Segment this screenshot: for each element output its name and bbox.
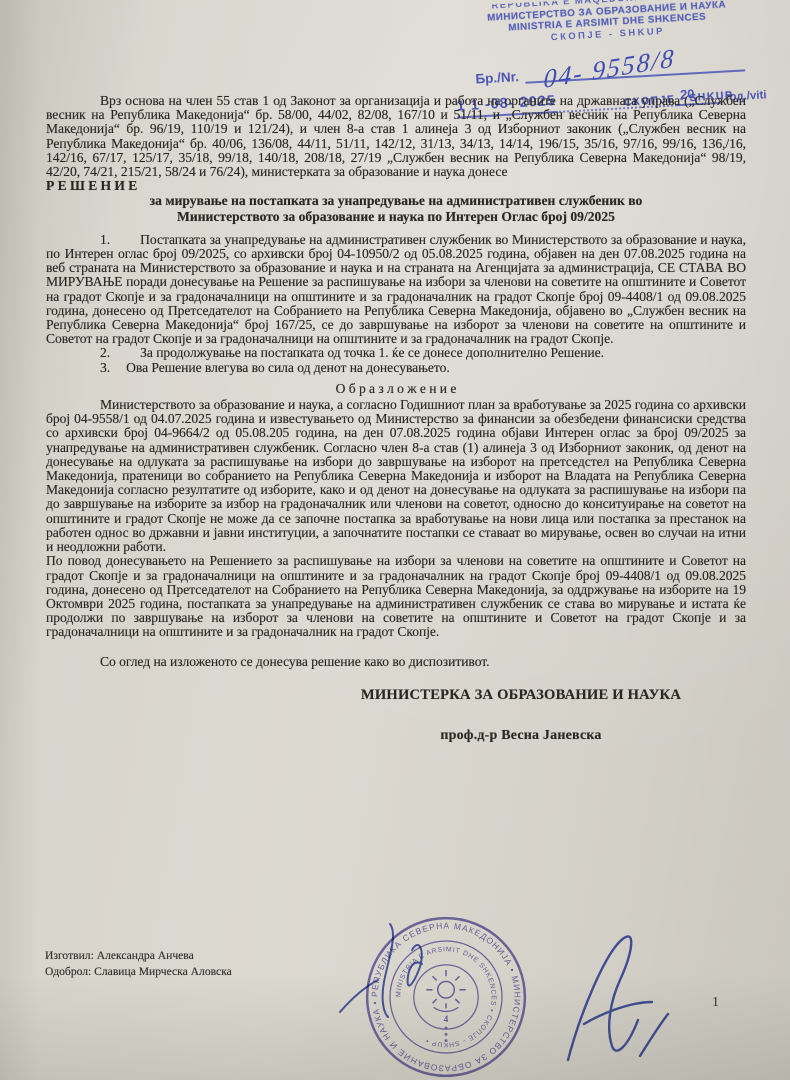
- seal-number: 4: [444, 1015, 449, 1025]
- minister-signature-block: МИНИСТЕРКА ЗА ОБРАЗОВАНИЕ И НАУКА проф.д…: [296, 687, 746, 744]
- document-subtitle-line1: за мирување на постапката за унапредувањ…: [46, 193, 746, 208]
- preamble-paragraph: Врз основа на член 55 став 1 од Законот …: [46, 94, 746, 179]
- document-subtitle-line2: Министерството за образование и наука по…: [46, 209, 746, 224]
- item-2-number: 2.: [100, 345, 110, 360]
- minister-title: МИНИСТЕРКА ЗА ОБРАЗОВАНИЕ И НАУКА: [296, 687, 746, 704]
- prepared-by: Изготвил: Александра Анчева: [45, 948, 232, 964]
- dispositive-items: 1.Постапката за унапредување на админист…: [46, 233, 746, 375]
- footer-prepared-approved: Изготвил: Александра Анчева Одоброл: Сла…: [45, 948, 232, 979]
- dispositive-item-1: 1.Постапката за унапредување на админист…: [46, 233, 746, 347]
- explanation-heading: О б р а з л о ж е н и е: [46, 382, 746, 396]
- dispositive-item-3: 3.Ова Решение влегува во сила од денот н…: [46, 361, 746, 375]
- dispositive-item-2: 2.За продолжување на постапката од точка…: [46, 346, 746, 360]
- minister-name: проф.д-р Весна Јаневска: [296, 728, 746, 744]
- approver-signature: [338, 920, 438, 1025]
- document-body: Врз основа на член 55 став 1 од Законот …: [46, 94, 746, 744]
- explanation-paragraph-1: Министерството за образование и наука, а…: [46, 398, 746, 554]
- approved-by: Одоброл: Славица Мирческа Аловска: [45, 964, 232, 980]
- item-1-number: 1.: [100, 232, 110, 247]
- seal-dots: [445, 1027, 448, 1042]
- item-2-text: За продолжување на постапката од точка 1…: [140, 345, 604, 360]
- item-3-number: 3.: [100, 360, 110, 375]
- document-title: Р Е Ш Е Н И Е: [46, 179, 746, 193]
- item-1-text: Постапката за унапредување на администра…: [46, 232, 746, 346]
- explanation-paragraph-2: По повод донесувањето на Решението за ра…: [46, 554, 746, 639]
- item-3-text: Ова Решение влегува во сила од денот на …: [126, 360, 450, 375]
- registry-number-line: 04- 9558/8: [523, 39, 744, 83]
- page-number: 1: [712, 995, 719, 1011]
- registry-number-row: Бр./Nr. 04- 9558/8: [454, 38, 765, 87]
- registry-number-label: Бр./Nr.: [475, 69, 519, 86]
- minister-signature: [540, 928, 680, 1076]
- scanned-document-page: REPUBLIKA E MAQEDONISE SE VERIUT МИНИСТЕ…: [0, 0, 790, 1080]
- closing-sentence: Со оглед на изложеното се донесува решен…: [46, 655, 746, 669]
